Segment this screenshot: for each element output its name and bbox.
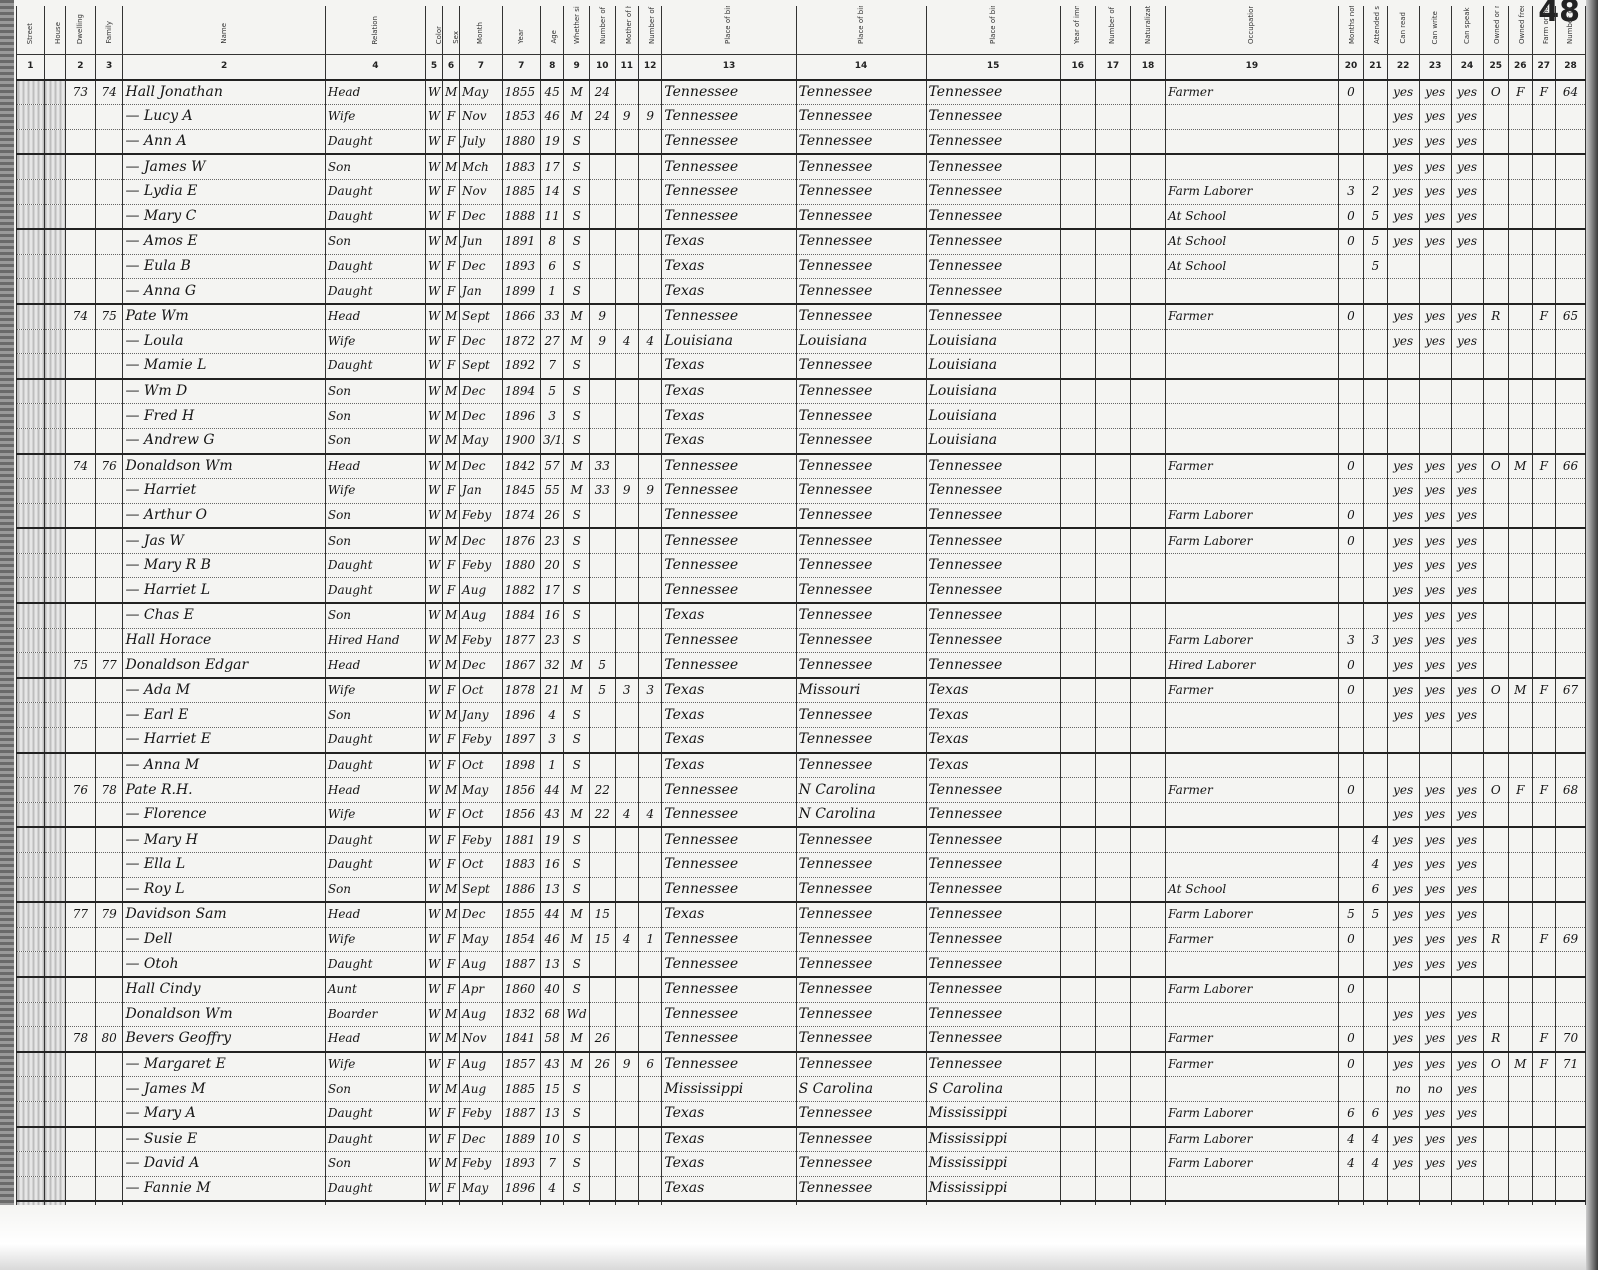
- cell-free: [1509, 379, 1532, 404]
- cell-farm: [1532, 753, 1555, 778]
- cell-age: 13: [540, 877, 563, 902]
- cell-fs: [1555, 1101, 1585, 1126]
- cell-occ: [1166, 428, 1339, 453]
- cell-free: [1509, 279, 1532, 304]
- cell-year: 1893: [502, 254, 540, 279]
- cell-fam: [95, 179, 123, 204]
- cell-wr: yes: [1419, 927, 1451, 952]
- cell-cl: [638, 703, 661, 728]
- cell-rel: Daught: [325, 952, 425, 977]
- cell-mne: 6: [1338, 1101, 1364, 1126]
- cell-sch: [1364, 354, 1387, 379]
- column-number: 16: [1060, 55, 1095, 80]
- cell-name: — Ella L: [123, 853, 325, 878]
- cell-rel: Daught: [325, 129, 425, 154]
- cell-empty: [44, 279, 65, 304]
- cell-mc: [615, 1101, 638, 1126]
- cell-empty: [1060, 628, 1095, 653]
- cell-farm: [1532, 628, 1555, 653]
- cell-mc: 9: [615, 105, 638, 130]
- cell-free: [1509, 902, 1532, 927]
- cell-fs: [1555, 229, 1585, 254]
- cell-name: — James M: [123, 1077, 325, 1102]
- cell-fam: [95, 279, 123, 304]
- cell-cl: [638, 204, 661, 229]
- cell-empty: [1095, 553, 1130, 578]
- cell-fs: [1555, 379, 1585, 404]
- cell-dw: [65, 179, 95, 204]
- cell-rel: Daught: [325, 827, 425, 852]
- cell-fbp: Tennessee: [796, 80, 926, 105]
- cell-farm: [1532, 354, 1555, 379]
- cell-ym: [589, 553, 615, 578]
- cell-free: [1509, 479, 1532, 504]
- cell-mc: 4: [615, 802, 638, 827]
- cell-year: 1886: [502, 877, 540, 902]
- cell-year: 1884: [502, 603, 540, 628]
- cell-mne: [1338, 1077, 1364, 1102]
- cell-age: 26: [540, 503, 563, 528]
- cell-empty: [1131, 354, 1166, 379]
- cell-color: W: [425, 603, 442, 628]
- cell-color: W: [425, 1052, 442, 1077]
- cell-own: [1483, 404, 1509, 429]
- cell-wr: yes: [1419, 952, 1451, 977]
- cell-rd: yes: [1387, 778, 1419, 803]
- cell-empty: [1095, 578, 1130, 603]
- cell-ms: S: [564, 628, 590, 653]
- cell-empty: [17, 902, 45, 927]
- cell-rel: Aunt: [325, 977, 425, 1002]
- cell-dw: [65, 479, 95, 504]
- cell-empty: [1095, 952, 1130, 977]
- cell-ym: [589, 977, 615, 1002]
- cell-sch: 4: [1364, 853, 1387, 878]
- cell-rel: Daught: [325, 354, 425, 379]
- cell-bp: Tennessee: [662, 129, 796, 154]
- cell-mbp: Mississippi: [926, 1101, 1060, 1126]
- cell-empty: [17, 678, 45, 703]
- cell-mc: [615, 1027, 638, 1052]
- cell-fbp: Tennessee: [796, 753, 926, 778]
- scan-right-edge: [1586, 0, 1598, 1270]
- cell-empty: [1060, 902, 1095, 927]
- cell-fs: [1555, 1127, 1585, 1152]
- cell-mne: [1338, 279, 1364, 304]
- cell-ym: [589, 628, 615, 653]
- cell-cl: [638, 653, 661, 678]
- cell-farm: [1532, 703, 1555, 728]
- cell-rd: yes: [1387, 628, 1419, 653]
- cell-age: 58: [540, 1027, 563, 1052]
- cell-rel: Son: [325, 404, 425, 429]
- cell-free: [1509, 154, 1532, 179]
- cell-fbp: Tennessee: [796, 379, 926, 404]
- cell-own: [1483, 503, 1509, 528]
- cell-color: W: [425, 279, 442, 304]
- cell-own: [1483, 877, 1509, 902]
- cell-free: [1509, 428, 1532, 453]
- cell-sex: M: [443, 653, 460, 678]
- cell-empty: [1095, 728, 1130, 753]
- cell-sex: F: [443, 129, 460, 154]
- cell-mbp: Tennessee: [926, 528, 1060, 553]
- cell-empty: [44, 927, 65, 952]
- cell-rd: yes: [1387, 479, 1419, 504]
- cell-fbp: Tennessee: [796, 1101, 926, 1126]
- column-label: Naturalization: [1131, 6, 1166, 55]
- cell-bp: Tennessee: [662, 952, 796, 977]
- cell-mbp: Tennessee: [926, 927, 1060, 952]
- cell-own: R: [1483, 927, 1509, 952]
- cell-mne: 0: [1338, 977, 1364, 1002]
- cell-mne: [1338, 1002, 1364, 1027]
- cell-empty: [44, 802, 65, 827]
- cell-wr: [1419, 1176, 1451, 1201]
- cell-mne: [1338, 603, 1364, 628]
- cell-fs: 66: [1555, 454, 1585, 479]
- cell-mc: [615, 902, 638, 927]
- cell-fbp: Tennessee: [796, 404, 926, 429]
- cell-rel: Daught: [325, 578, 425, 603]
- cell-month: Oct: [460, 853, 503, 878]
- cell-year: 1874: [502, 503, 540, 528]
- cell-rel: Daught: [325, 179, 425, 204]
- cell-free: [1509, 1152, 1532, 1177]
- cell-fam: [95, 628, 123, 653]
- cell-mne: 0: [1338, 80, 1364, 105]
- cell-ym: [589, 179, 615, 204]
- cell-ms: M: [564, 105, 590, 130]
- cell-sex: F: [443, 204, 460, 229]
- cell-month: May: [460, 778, 503, 803]
- cell-fs: [1555, 1176, 1585, 1201]
- cell-empty: [44, 578, 65, 603]
- cell-sex: M: [443, 1027, 460, 1052]
- census-row: — Anna GDaughtWFJan18991STexasTennesseeT…: [17, 279, 1586, 304]
- cell-empty: [44, 154, 65, 179]
- cell-own: [1483, 329, 1509, 354]
- cell-wr: yes: [1419, 129, 1451, 154]
- cell-bp: Tennessee: [662, 578, 796, 603]
- cell-occ: Farm Laborer: [1166, 628, 1339, 653]
- cell-fam: [95, 877, 123, 902]
- cell-farm: [1532, 1077, 1555, 1102]
- cell-month: May: [460, 1176, 503, 1201]
- column-number: 26: [1509, 55, 1532, 80]
- cell-fs: [1555, 105, 1585, 130]
- column-number: 7: [460, 55, 503, 80]
- cell-wr: yes: [1419, 329, 1451, 354]
- cell-fam: [95, 1002, 123, 1027]
- cell-color: W: [425, 528, 442, 553]
- cell-own: O: [1483, 80, 1509, 105]
- cell-wr: [1419, 354, 1451, 379]
- cell-free: [1509, 802, 1532, 827]
- cell-ms: M: [564, 778, 590, 803]
- cell-ym: 33: [589, 454, 615, 479]
- cell-empty: [1060, 778, 1095, 803]
- cell-fam: 76: [95, 454, 123, 479]
- cell-year: 1876: [502, 528, 540, 553]
- cell-rd: yes: [1387, 1027, 1419, 1052]
- cell-cl: [638, 877, 661, 902]
- cell-fam: [95, 1127, 123, 1152]
- cell-sex: F: [443, 1101, 460, 1126]
- cell-fbp: Tennessee: [796, 553, 926, 578]
- column-number: 22: [1387, 55, 1419, 80]
- cell-wr: yes: [1419, 703, 1451, 728]
- cell-mne: [1338, 154, 1364, 179]
- cell-ms: M: [564, 653, 590, 678]
- cell-rd: yes: [1387, 553, 1419, 578]
- cell-age: 6: [540, 254, 563, 279]
- cell-month: Dec: [460, 404, 503, 429]
- cell-age: 1: [540, 753, 563, 778]
- cell-bp: Tennessee: [662, 877, 796, 902]
- column-number: 20: [1338, 55, 1364, 80]
- cell-empty: [1131, 1052, 1166, 1077]
- cell-wr: yes: [1419, 1127, 1451, 1152]
- cell-free: [1509, 404, 1532, 429]
- cell-en: yes: [1451, 603, 1483, 628]
- cell-fs: [1555, 578, 1585, 603]
- cell-empty: [1131, 528, 1166, 553]
- cell-ms: M: [564, 304, 590, 329]
- cell-empty: [44, 404, 65, 429]
- cell-own: [1483, 254, 1509, 279]
- cell-farm: [1532, 653, 1555, 678]
- column-number: 10: [589, 55, 615, 80]
- cell-en: yes: [1451, 952, 1483, 977]
- column-label: Color: [425, 6, 442, 55]
- cell-month: Dec: [460, 329, 503, 354]
- cell-rd: yes: [1387, 902, 1419, 927]
- cell-mbp: Tennessee: [926, 603, 1060, 628]
- cell-rd: [1387, 728, 1419, 753]
- cell-mc: 4: [615, 927, 638, 952]
- cell-rd: yes: [1387, 952, 1419, 977]
- census-row: — Ella LDaughtWFOct188316STennesseeTenne…: [17, 853, 1586, 878]
- cell-age: 7: [540, 354, 563, 379]
- cell-cl: [638, 977, 661, 1002]
- cell-farm: [1532, 179, 1555, 204]
- cell-ym: 26: [589, 1027, 615, 1052]
- cell-sch: [1364, 1002, 1387, 1027]
- cell-year: 1885: [502, 1077, 540, 1102]
- cell-empty: [17, 703, 45, 728]
- cell-en: yes: [1451, 179, 1483, 204]
- cell-own: [1483, 528, 1509, 553]
- cell-empty: [1131, 578, 1166, 603]
- census-row: Hall CindyAuntWFApr186040STennesseeTenne…: [17, 977, 1586, 1002]
- cell-cl: 4: [638, 329, 661, 354]
- census-table: StreetHouseDwellingFamilyNameRelationCol…: [16, 6, 1586, 1227]
- cell-rel: Daught: [325, 753, 425, 778]
- cell-ms: M: [564, 927, 590, 952]
- cell-empty: [44, 304, 65, 329]
- cell-fam: [95, 753, 123, 778]
- cell-own: [1483, 1002, 1509, 1027]
- column-number: 1: [17, 55, 45, 80]
- cell-ym: [589, 578, 615, 603]
- cell-own: [1483, 229, 1509, 254]
- cell-mbp: Tennessee: [926, 254, 1060, 279]
- cell-empty: [44, 753, 65, 778]
- cell-bp: Texas: [662, 279, 796, 304]
- cell-dw: [65, 1127, 95, 1152]
- cell-fs: [1555, 1152, 1585, 1177]
- cell-fs: 70: [1555, 1027, 1585, 1052]
- cell-rel: Daught: [325, 204, 425, 229]
- cell-en: [1451, 404, 1483, 429]
- cell-month: Feby: [460, 728, 503, 753]
- cell-fs: 68: [1555, 778, 1585, 803]
- cell-fam: 79: [95, 902, 123, 927]
- cell-color: W: [425, 703, 442, 728]
- cell-name: — Mary H: [123, 827, 325, 852]
- cell-fs: [1555, 977, 1585, 1002]
- cell-fbp: Tennessee: [796, 827, 926, 852]
- cell-ym: 22: [589, 778, 615, 803]
- cell-sex: M: [443, 1002, 460, 1027]
- cell-fbp: Tennessee: [796, 1052, 926, 1077]
- cell-empty: [1131, 454, 1166, 479]
- cell-wr: yes: [1419, 603, 1451, 628]
- cell-sex: F: [443, 802, 460, 827]
- cell-sex: F: [443, 105, 460, 130]
- cell-color: W: [425, 1176, 442, 1201]
- cell-age: 17: [540, 154, 563, 179]
- cell-ym: [589, 254, 615, 279]
- cell-fs: [1555, 279, 1585, 304]
- cell-mne: 4: [1338, 1127, 1364, 1152]
- cell-name: — Andrew G: [123, 428, 325, 453]
- cell-own: [1483, 653, 1509, 678]
- cell-sch: [1364, 952, 1387, 977]
- census-row: — Mary R BDaughtWFFeby188020STennesseeTe…: [17, 553, 1586, 578]
- cell-en: yes: [1451, 329, 1483, 354]
- cell-free: [1509, 753, 1532, 778]
- cell-empty: [44, 528, 65, 553]
- column-label: Number of these children living: [638, 6, 661, 55]
- cell-empty: [1060, 578, 1095, 603]
- cell-ms: S: [564, 1077, 590, 1102]
- cell-occ: Farm Laborer: [1166, 1127, 1339, 1152]
- cell-fs: [1555, 827, 1585, 852]
- cell-ym: [589, 1002, 615, 1027]
- cell-cl: 3: [638, 678, 661, 703]
- cell-farm: [1532, 129, 1555, 154]
- cell-name: — Mary A: [123, 1101, 325, 1126]
- cell-empty: [1060, 329, 1095, 354]
- cell-ms: S: [564, 728, 590, 753]
- cell-occ: Farm Laborer: [1166, 977, 1339, 1002]
- cell-rd: yes: [1387, 105, 1419, 130]
- cell-ym: 5: [589, 653, 615, 678]
- cell-fbp: Tennessee: [796, 454, 926, 479]
- cell-farm: [1532, 229, 1555, 254]
- cell-occ: [1166, 379, 1339, 404]
- cell-empty: [1060, 1052, 1095, 1077]
- cell-cl: [638, 1027, 661, 1052]
- cell-empty: [1131, 254, 1166, 279]
- cell-age: 23: [540, 628, 563, 653]
- cell-ym: [589, 229, 615, 254]
- cell-empty: [17, 204, 45, 229]
- cell-empty: [1131, 154, 1166, 179]
- cell-month: Sept: [460, 354, 503, 379]
- cell-month: Jan: [460, 279, 503, 304]
- cell-month: Nov: [460, 105, 503, 130]
- cell-dw: [65, 1152, 95, 1177]
- cell-wr: yes: [1419, 528, 1451, 553]
- cell-dw: [65, 728, 95, 753]
- cell-empty: [1131, 728, 1166, 753]
- cell-bp: Tennessee: [662, 628, 796, 653]
- cell-empty: [44, 553, 65, 578]
- cell-empty: [44, 728, 65, 753]
- cell-rd: yes: [1387, 1101, 1419, 1126]
- cell-month: May: [460, 927, 503, 952]
- cell-mne: [1338, 728, 1364, 753]
- cell-rel: Hired Hand: [325, 628, 425, 653]
- cell-empty: [17, 877, 45, 902]
- cell-age: 33: [540, 304, 563, 329]
- cell-sch: [1364, 503, 1387, 528]
- cell-sex: F: [443, 479, 460, 504]
- cell-bp: Texas: [662, 428, 796, 453]
- cell-year: 1853: [502, 105, 540, 130]
- cell-sex: F: [443, 753, 460, 778]
- cell-empty: [44, 129, 65, 154]
- cell-sch: 5: [1364, 204, 1387, 229]
- cell-fam: [95, 1152, 123, 1177]
- census-rows: 7374Hall JonathanHeadWMMay185545M24Tenne…: [17, 80, 1586, 1227]
- cell-empty: [1095, 1127, 1130, 1152]
- cell-fam: [95, 952, 123, 977]
- cell-mne: [1338, 479, 1364, 504]
- cell-empty: [1060, 354, 1095, 379]
- cell-mne: 0: [1338, 204, 1364, 229]
- cell-rel: Head: [325, 902, 425, 927]
- cell-empty: [1095, 1152, 1130, 1177]
- cell-month: Dec: [460, 653, 503, 678]
- cell-empty: [1131, 1027, 1166, 1052]
- cell-farm: [1532, 503, 1555, 528]
- cell-rd: yes: [1387, 653, 1419, 678]
- cell-month: Dec: [460, 204, 503, 229]
- cell-cl: [638, 902, 661, 927]
- cell-fbp: Tennessee: [796, 902, 926, 927]
- cell-farm: [1532, 877, 1555, 902]
- cell-free: [1509, 1002, 1532, 1027]
- cell-rel: Son: [325, 503, 425, 528]
- column-number: 25: [1483, 55, 1509, 80]
- cell-mc: [615, 753, 638, 778]
- cell-mc: [615, 528, 638, 553]
- column-label: Can write: [1419, 6, 1451, 55]
- cell-age: 3: [540, 728, 563, 753]
- cell-empty: [1060, 528, 1095, 553]
- cell-sch: [1364, 653, 1387, 678]
- cell-empty: [1131, 553, 1166, 578]
- cell-empty: [1060, 1027, 1095, 1052]
- cell-rel: Son: [325, 877, 425, 902]
- cell-mc: [615, 454, 638, 479]
- cell-own: [1483, 1176, 1509, 1201]
- cell-sch: [1364, 1077, 1387, 1102]
